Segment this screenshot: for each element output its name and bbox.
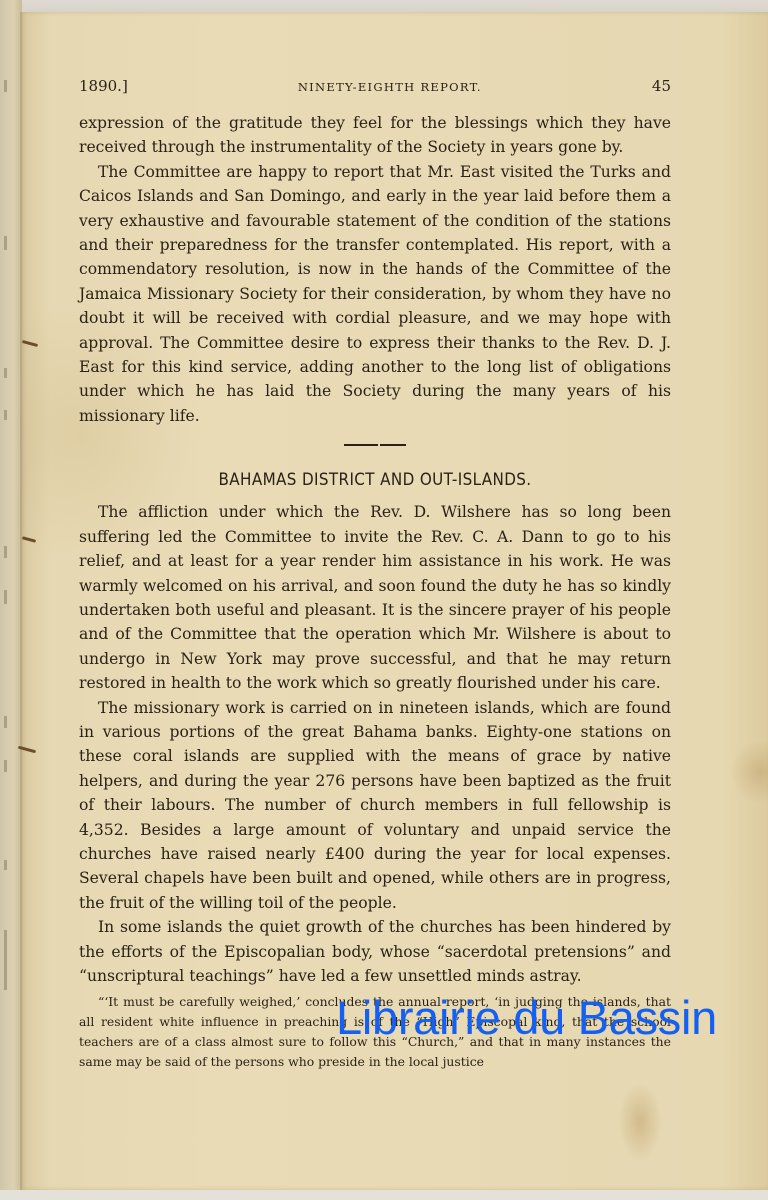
bleed-mark: [4, 590, 7, 604]
page-number: 45: [652, 74, 671, 98]
paragraph-affliction: The affliction under which the Rev. D. W…: [79, 500, 671, 695]
divider-rule: [344, 444, 378, 446]
section-heading: BAHAMAS DISTRICT AND OUT-ISLANDS.: [103, 468, 648, 492]
paragraph-continued: expression of the gratitude they feel fo…: [79, 111, 671, 160]
running-head-title: NINETY-EIGHTH REPORT.: [298, 75, 482, 99]
bleed-mark: [4, 236, 7, 250]
previous-page-edge: [0, 0, 22, 1200]
divider-rule: [380, 444, 406, 446]
bleed-mark: [4, 546, 7, 558]
running-head: 1890.] NINETY-EIGHTH REPORT. 45: [79, 74, 671, 98]
bleed-mark: [4, 930, 7, 990]
paragraph-episcopalian: In some islands the quiet growth of the …: [79, 915, 671, 988]
paragraph-mr-east: The Committee are happy to report that M…: [79, 160, 671, 428]
section-divider: [344, 436, 406, 454]
bleed-mark: [4, 860, 7, 870]
watermark: Librairie du Bassin: [336, 992, 717, 1044]
paragraph-missionary-work: The missionary work is carried on in nin…: [79, 696, 671, 916]
bleed-mark: [4, 410, 7, 420]
page-content: 1890.] NINETY-EIGHTH REPORT. 45 expressi…: [79, 74, 671, 1085]
running-head-year: 1890.]: [79, 74, 128, 98]
bleed-mark: [4, 716, 7, 728]
background-bottom: [0, 1190, 768, 1200]
bleed-mark: [4, 80, 7, 92]
bleed-mark: [4, 760, 7, 772]
bleed-mark: [4, 368, 7, 378]
page-gutter: [20, 12, 22, 1190]
